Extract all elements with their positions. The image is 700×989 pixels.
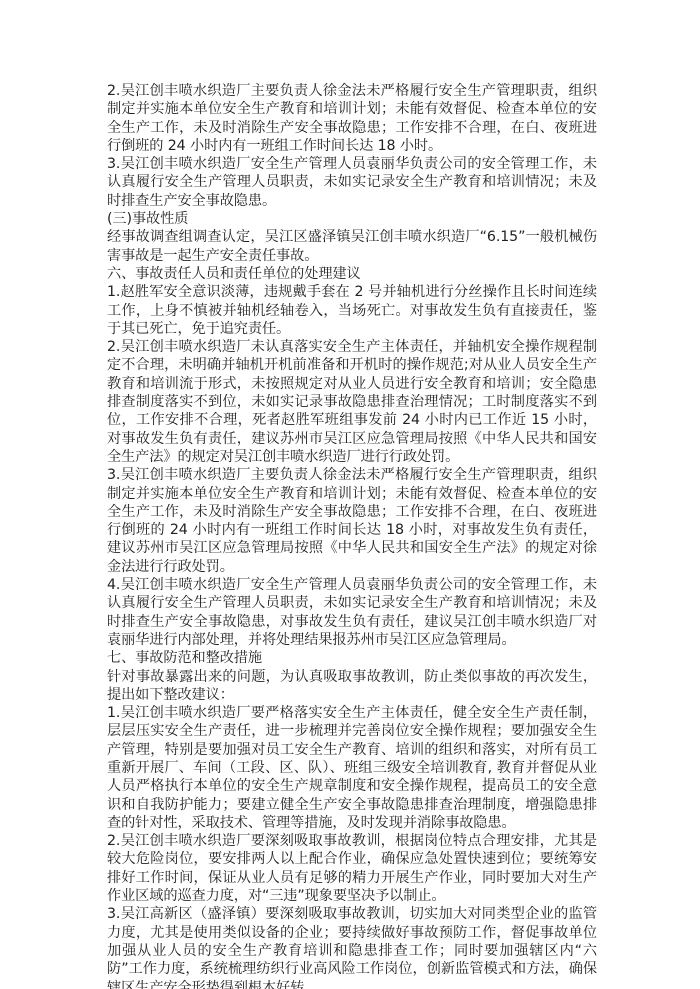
paragraph-measure-1: 1.吴江创丰喷水织造厂要严格落实安全生产主体责任，健全安全生产责任制，层层压实安… — [107, 704, 597, 832]
paragraph-suggestion-2: 2.吴江创丰喷水织造厂未认真落实安全生产主体责任，并轴机安全操作规程制定不合理，… — [107, 338, 597, 466]
section-heading-prevention-measures: 七、事故防范和整改措施 — [107, 649, 597, 667]
section-heading-handling-suggestions: 六、事故责任人员和责任单位的处理建议 — [107, 265, 597, 283]
paragraph-measure-2: 2.吴江创丰喷水织造厂要深刻吸取事故教训，根据岗位特点合理安排，尤其是较大危险岗… — [107, 832, 597, 905]
paragraph-accident-nature: 经事故调查组调查认定，吴江区盛泽镇吴江创丰喷水织造厂“6.15”一般机械伤害事故… — [107, 228, 597, 265]
paragraph-measure-3: 3.吴江高新区（盛泽镇）要深刻吸取事故教训，切实加大对同类型企业的监管力度，尤其… — [107, 905, 597, 989]
document-body: 2.吴江创丰喷水织造厂主要负责人徐金法未严格履行安全生产管理职责，组织制定并实施… — [107, 82, 597, 989]
paragraph-safety-manager-responsibility: 3.吴江创丰喷水织造厂安全生产管理人员袁丽华负责公司的安全管理工作，未认真履行安… — [107, 155, 597, 210]
paragraph-prevention-intro: 针对事故暴露出来的问题，为认真吸取事故教训，防止类似事故的再次发生，提出如下整改… — [107, 668, 597, 705]
paragraph-leader-responsibility: 2.吴江创丰喷水织造厂主要负责人徐金法未严格履行安全生产管理职责，组织制定并实施… — [107, 82, 597, 155]
section-heading-accident-nature: (三)事故性质 — [107, 210, 597, 228]
paragraph-suggestion-3: 3.吴江创丰喷水织造厂主要负责人徐金法未严格履行安全生产管理职责，组织制定并实施… — [107, 466, 597, 576]
paragraph-suggestion-4: 4.吴江创丰喷水织造厂安全生产管理人员袁丽华负责公司的安全管理工作，未认真履行安… — [107, 576, 597, 649]
paragraph-suggestion-1: 1.赵胜军安全意识淡薄，违规戴手套在 2 号并轴机进行分丝操作且长时间连续工作，… — [107, 283, 597, 338]
